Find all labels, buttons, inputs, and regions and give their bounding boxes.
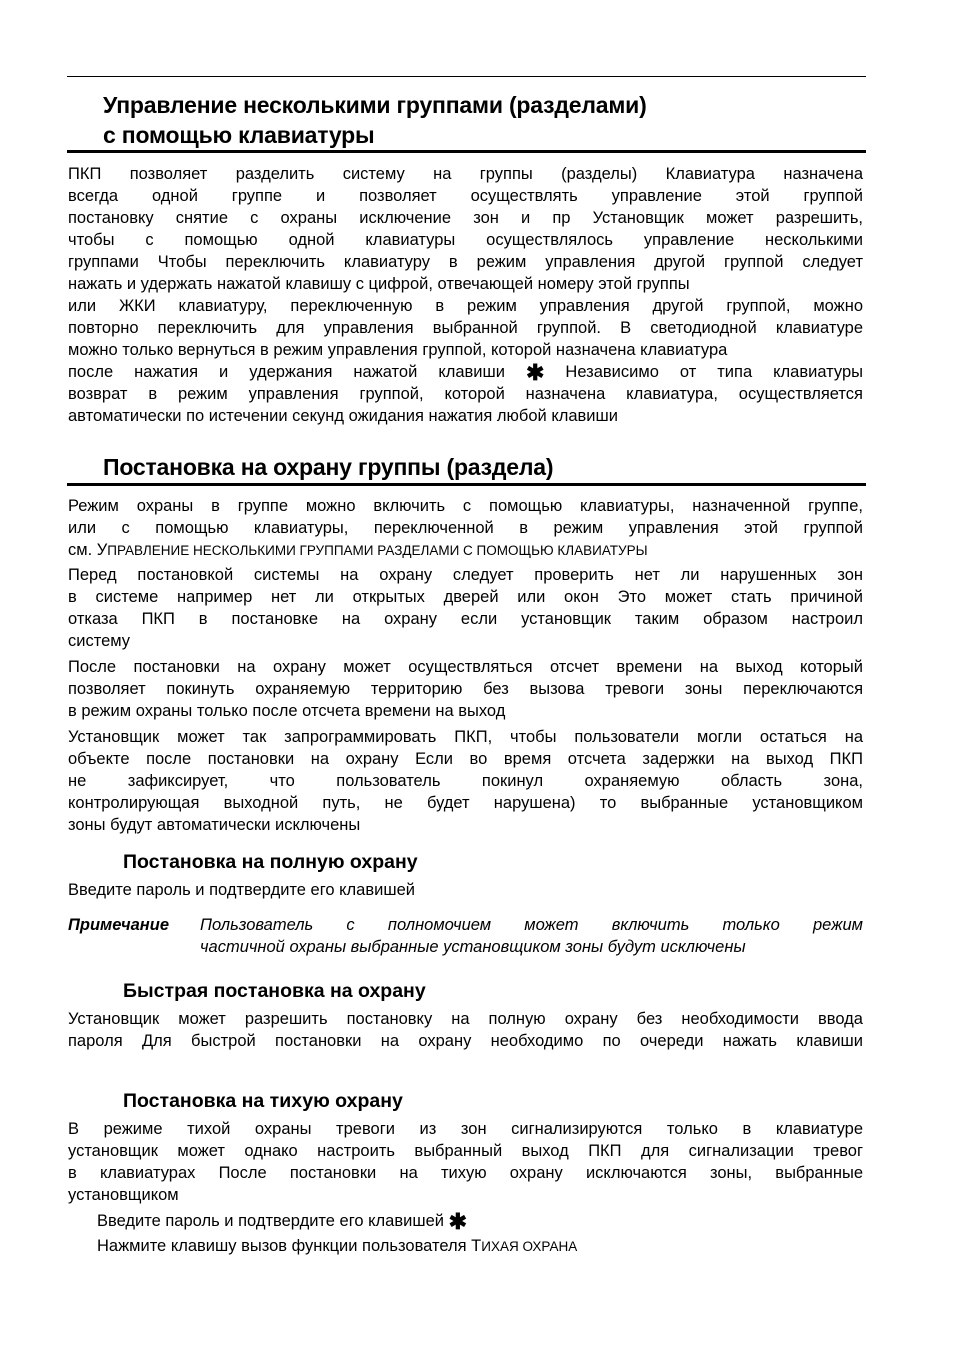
text-line: Установщик может так запрограммировать П…	[68, 726, 863, 748]
silent-arm-text: В режиме тихой охраны тревоги из зон сиг…	[68, 1118, 863, 1206]
subsection-title-silent-arm: Постановка на тихую охрану	[123, 1089, 403, 1113]
text-line: установщик может однако настроить выбран…	[68, 1140, 863, 1162]
text-line: частичной охраны выбранные установщиком …	[200, 936, 863, 958]
subsection-title-full-arm: Постановка на полную охрану	[123, 850, 418, 874]
text-line: повторно переключить для управления выбр…	[68, 317, 863, 339]
text-line: в режим охраны только после отсчета врем…	[68, 700, 863, 722]
silent-arm-step-1: Введите пароль и подтвердите его клавише…	[97, 1210, 467, 1232]
text-line: или с помощью клавиатуры, переключенной …	[68, 517, 863, 539]
text-line: отказа ПКП в постановке на охрану если у…	[68, 608, 863, 630]
title-rule	[67, 150, 866, 153]
text-line: нажать и удержать нажатой клавишу с цифр…	[68, 273, 863, 295]
section1-paragraph: ПКП позволяет разделить систему на групп…	[68, 163, 863, 427]
text-fragment: Независимо от типа клавиатуры	[544, 363, 863, 381]
text-fragment: после нажатия и удержания нажатой клавиш…	[68, 363, 526, 381]
text-line: после нажатия и удержания нажатой клавиш…	[68, 361, 863, 383]
ref-rest: ихая охрана	[481, 1239, 577, 1254]
text-line: установщиком	[68, 1184, 863, 1206]
ref-rest: правление несколькими группами разделами…	[107, 543, 647, 558]
text-line: После постановки на охрану может осущест…	[68, 656, 863, 678]
text-line: Установщик может разрешить постановку на…	[68, 1008, 863, 1030]
ref-initial: У	[97, 541, 107, 559]
text-line: чтобы с помощью одной клавиатуры осущест…	[68, 229, 863, 251]
silent-arm-step-2: Нажмите клавишу вызов функции пользовате…	[97, 1235, 577, 1258]
text-line: постановку снятие с охраны исключение зо…	[68, 207, 863, 229]
text-fragment: см.	[68, 541, 97, 559]
title-line-2: с помощью клавиатуры	[103, 120, 647, 150]
text-line: не зафиксирует, что пользователь покинул…	[68, 770, 863, 792]
section-title-multi-group: Управление несколькими группами (раздела…	[103, 90, 647, 150]
text-line: или ЖКИ клавиатуру, переключенную в режи…	[68, 295, 863, 317]
text-line: Введите пароль и подтвердите его клавише…	[68, 879, 863, 901]
arming-paragraph-4: Установщик может так запрограммировать П…	[68, 726, 863, 836]
text-line: автоматически по истечении секунд ожидан…	[68, 405, 863, 427]
text-line: ПКП позволяет разделить систему на групп…	[68, 163, 863, 185]
text-line: контролирующая выходной путь, не будет н…	[68, 792, 863, 814]
text-line: группами Чтобы переключить клавиатуру в …	[68, 251, 863, 273]
arming-paragraph-1: Режим охраны в группе можно включить с п…	[68, 495, 863, 561]
text-line: в системе например нет ли открытых двере…	[68, 586, 863, 608]
text-line: зоны будут автоматически исключены	[68, 814, 863, 836]
text-line: систему	[68, 630, 863, 652]
note-body: Пользователь с полномочием может включит…	[200, 914, 863, 958]
text-line: В режиме тихой охраны тревоги из зон сиг…	[68, 1118, 863, 1140]
text-line: Пользователь с полномочием может включит…	[200, 914, 863, 936]
text-line: объекте после постановки на охрану Если …	[68, 748, 863, 770]
asterisk-key-icon: ✱	[449, 1209, 467, 1234]
text-fragment: Введите пароль и подтвердите его клавише…	[97, 1212, 449, 1230]
text-line: возврат в режим управления группой, кото…	[68, 383, 863, 405]
arming-paragraph-3: После постановки на охрану может осущест…	[68, 656, 863, 722]
text-line: в клавиатурах После постановки на тихую …	[68, 1162, 863, 1184]
reference-title: Управление несколькими группами разделам…	[97, 543, 648, 558]
top-rule	[67, 76, 866, 77]
asterisk-key-icon: ✱	[526, 360, 544, 385]
function-reference: Тихая охрана	[471, 1239, 577, 1254]
ref-initial: Т	[471, 1237, 481, 1255]
section-title-group-arming: Постановка на охрану группы (раздела)	[103, 452, 553, 482]
cross-reference: см. Управление несколькими группами разд…	[68, 539, 863, 561]
arming-paragraph-2: Перед постановкой системы на охрану след…	[68, 564, 863, 652]
text-line: Перед постановкой системы на охрану след…	[68, 564, 863, 586]
text-line: можно только вернуться в режим управлени…	[68, 339, 863, 361]
text-line: Режим охраны в группе можно включить с п…	[68, 495, 863, 517]
title-rule	[67, 483, 866, 486]
title-line-1: Управление несколькими группами (раздела…	[103, 90, 647, 120]
text-fragment: Нажмите клавишу вызов функции пользовате…	[97, 1237, 471, 1255]
text-line: пароля Для быстрой постановки на охрану …	[68, 1030, 863, 1052]
full-arm-text: Введите пароль и подтвердите его клавише…	[68, 879, 863, 901]
quick-arm-text: Установщик может разрешить постановку на…	[68, 1008, 863, 1052]
note-label: Примечание	[68, 914, 169, 936]
subsection-title-quick-arm: Быстрая постановка на охрану	[123, 979, 426, 1003]
text-line: всегда одной группе и позволяет осуществ…	[68, 185, 863, 207]
text-line: позволяет покинуть охраняемую территорию…	[68, 678, 863, 700]
